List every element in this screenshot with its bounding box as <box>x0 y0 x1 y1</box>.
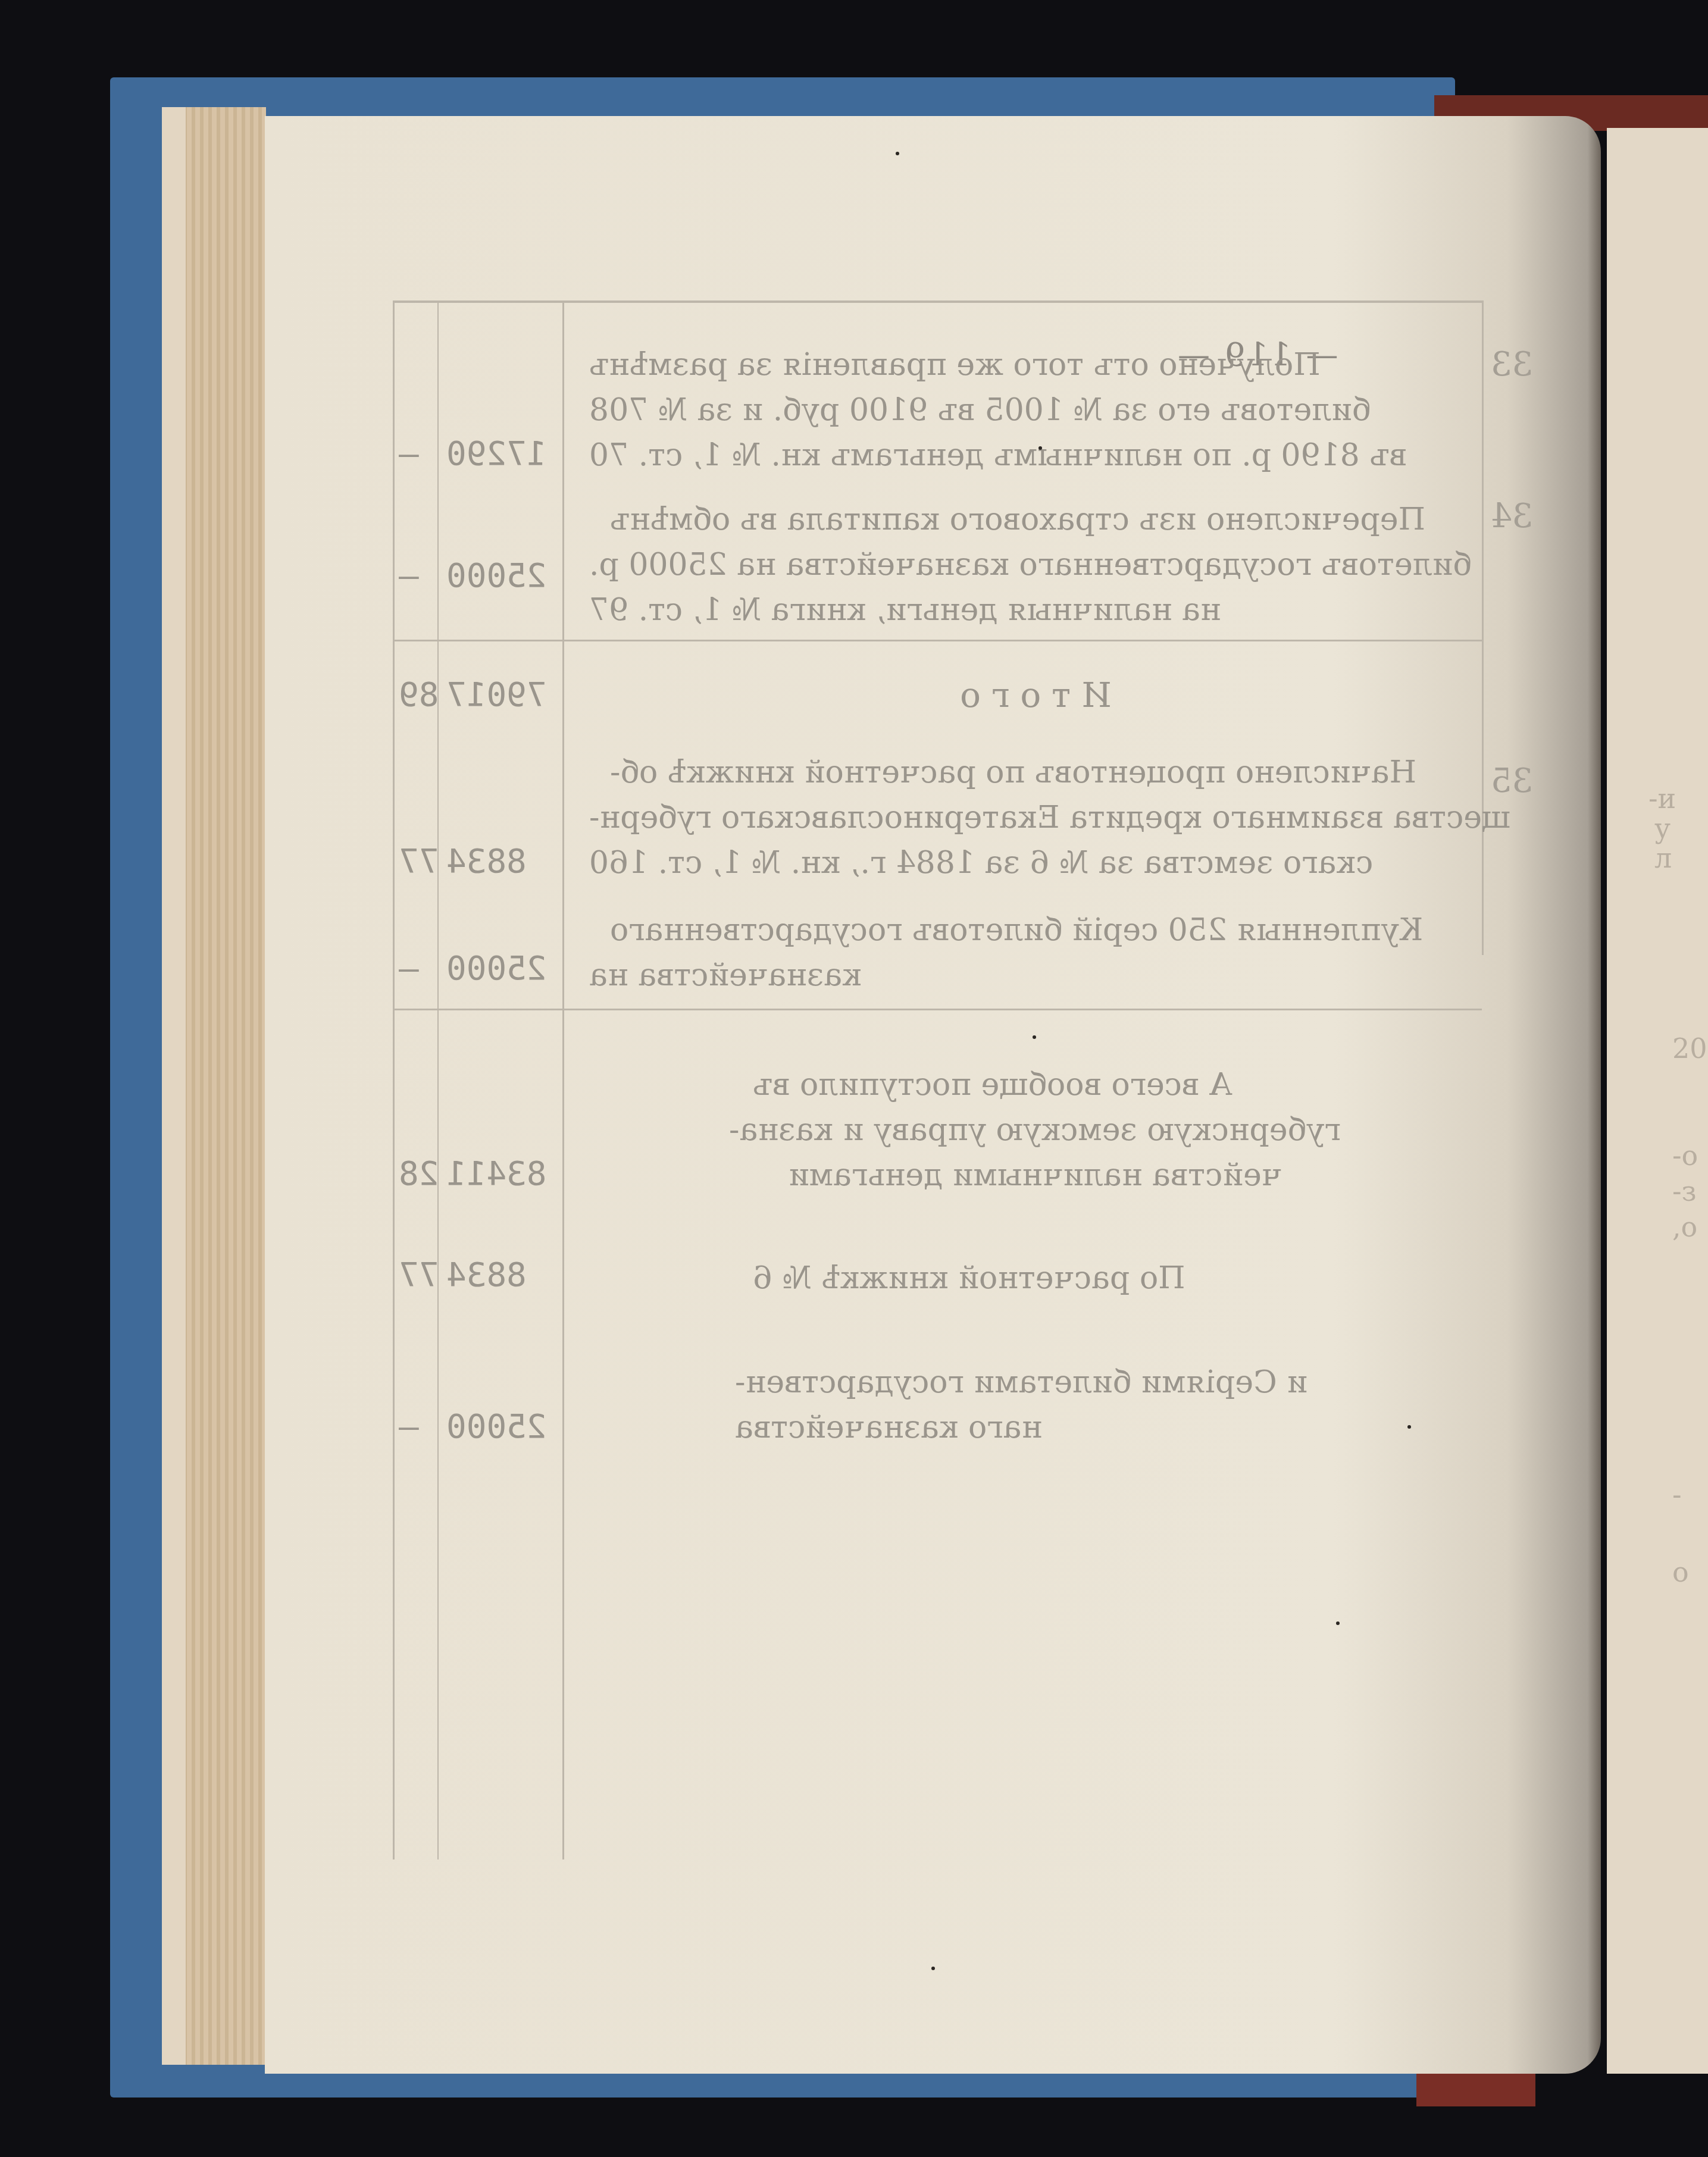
total-text-line: губернскую земскую управу и казна- <box>729 1107 1341 1153</box>
total-kop: 77 <box>399 1256 439 1294</box>
rownum-column-rule <box>1482 300 1484 955</box>
book-page: — 119 — 33 Получено отъ того же правлені… <box>265 116 1601 2074</box>
paper-speck <box>931 1967 935 1970</box>
row-text-line: на наличныя деньги, книга № 1, ст. 97 <box>589 587 1221 633</box>
total-text-line: По расчетной книжкѣ № 6 <box>753 1256 1185 1301</box>
amount-kop: — <box>399 556 419 595</box>
amount-rub: 8834 <box>446 842 527 881</box>
facing-page-text: 20 <box>1672 1032 1707 1065</box>
row-text-line: билетовъ его за № 1005 въ 9100 руб. и за… <box>589 387 1371 433</box>
itogo-kop: 89 <box>399 675 439 714</box>
row-text-line: щества взаимнаго кредита Екатеринославск… <box>589 795 1510 840</box>
total-rub: 25000 <box>446 1407 547 1446</box>
row-text-line: въ 8190 р. по наличнымъ деньгамъ кн. № 1… <box>589 433 1407 478</box>
amount-kop: — <box>399 949 419 988</box>
facing-page-text: -и <box>1648 782 1676 815</box>
itogo-label: Итого <box>949 672 1112 718</box>
facing-page-fragment: -и у л 20 -о -з ,о - о <box>1607 128 1708 2074</box>
row-text-line: казначейства на <box>589 953 862 998</box>
row-text-line: Начислено процентовъ по расчетной книжкѣ… <box>610 750 1416 795</box>
page-edges-stack <box>162 107 266 2065</box>
paper-speck <box>1336 1621 1340 1625</box>
amount-rub: 17290 <box>446 434 547 473</box>
total-kop: 28 <box>399 1154 439 1193</box>
amount-rub: 25000 <box>446 556 547 595</box>
kop-column-rule <box>437 300 439 1859</box>
amount-kop: — <box>399 434 419 473</box>
facing-page-text: л <box>1654 842 1672 874</box>
total-text-line: и Серіями билетами государствен- <box>735 1360 1307 1405</box>
total-text-line: наго казначейства <box>735 1405 1042 1450</box>
total-rub: 83411 <box>446 1154 547 1193</box>
row-text-line: билетовъ государственнаго казначейства н… <box>589 542 1472 587</box>
itogo-rule <box>393 640 1482 641</box>
facing-page-text: -з <box>1672 1175 1697 1207</box>
total-text-line: чейства наличными деньгами <box>789 1153 1282 1198</box>
table-left-rule <box>393 300 395 1859</box>
paper-speck <box>1038 446 1042 450</box>
row-number: 34 <box>1491 497 1533 536</box>
paper-speck <box>1033 1035 1036 1039</box>
total-rub: 8834 <box>446 1256 527 1294</box>
row-text-line: Купленныя 250 серій билетовъ государстве… <box>610 907 1423 953</box>
facing-page-text: у <box>1654 812 1671 844</box>
facing-page-text: о <box>1672 1556 1689 1588</box>
page-edge <box>162 107 186 2065</box>
row-text-line: Получено отъ того же правленія за размѣн… <box>589 342 1321 387</box>
table-top-rule <box>393 300 1482 303</box>
facing-page-text: -о <box>1672 1139 1698 1172</box>
totals-rule <box>393 1009 1482 1010</box>
row-text-line: Перечислено изъ страхового капитала въ о… <box>610 497 1425 542</box>
facing-page-text: ,о <box>1672 1211 1697 1243</box>
total-text-line: А всего вообще поступило въ <box>753 1062 1232 1107</box>
row-number: 33 <box>1491 345 1533 384</box>
amount-kop: 77 <box>399 842 439 881</box>
paper-speck <box>1407 1425 1411 1429</box>
itogo-rub: 79017 <box>446 675 547 714</box>
row-text-line: скаго земства за № 6 за 1884 г., кн. № 1… <box>589 840 1373 885</box>
total-kop: — <box>399 1407 419 1446</box>
amount-rub: 25000 <box>446 949 547 988</box>
amount-column-rule <box>562 300 564 1859</box>
facing-page-text: - <box>1672 1479 1682 1511</box>
paper-speck <box>896 152 899 155</box>
